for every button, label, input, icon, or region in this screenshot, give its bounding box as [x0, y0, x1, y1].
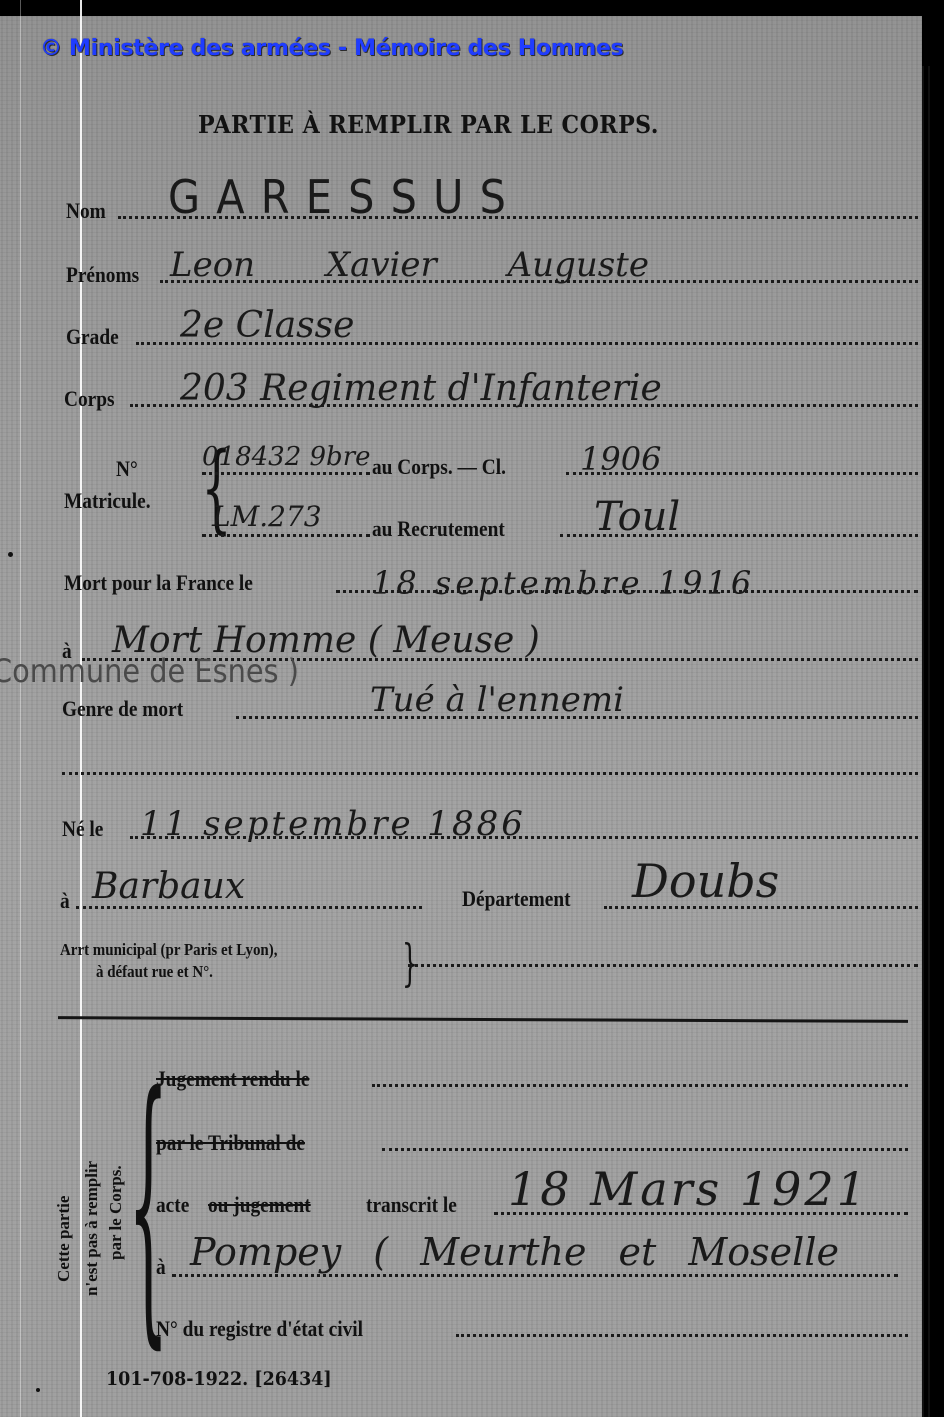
side-note-line2: n'est pas à remplir: [82, 1161, 102, 1296]
matricule-label: Matricule.: [64, 488, 151, 514]
recrutement-number-dotted-line: [202, 534, 370, 537]
transcrit-struck-label: ou jugement: [208, 1192, 311, 1218]
registre-label: N° du registre d'état civil: [156, 1316, 363, 1342]
frame-border-line: [928, 66, 930, 1417]
transcrit-lieu-label: à: [156, 1254, 166, 1280]
grade-label: Grade: [66, 324, 119, 350]
genre-mort-label: Genre de mort: [62, 696, 183, 722]
side-note-line1: Cette partie: [54, 1196, 74, 1282]
ink-speck: [36, 1388, 40, 1392]
corps-value: 203 Regiment d'Infanterie: [180, 368, 662, 409]
arr-municipal-dotted-line: [408, 964, 918, 967]
departement-label: Département: [462, 886, 571, 912]
au-recrutement-label: au Recrutement: [372, 516, 505, 542]
blank-dotted-line: [62, 772, 918, 775]
matricule-no-label: N°: [116, 456, 138, 482]
arr-municipal-label-line2: à défaut rue et N°.: [96, 962, 213, 982]
grade-value: 2e Classe: [180, 305, 354, 346]
scan-border-top: [0, 0, 944, 16]
commune-annotation: Commune de Esnes ): [0, 652, 299, 690]
nom-value: GARESSUS: [168, 170, 522, 224]
au-corps-classe-label: au Corps. — Cl.: [372, 454, 506, 480]
naissance-lieu-label: à: [60, 888, 70, 914]
matricule-corps-value: 018432 9bre: [202, 442, 371, 472]
prenoms-label: Prénoms: [66, 262, 139, 288]
transcrit-label: transcrit le: [366, 1192, 457, 1218]
tribunal-label: par le Tribunal de: [156, 1130, 305, 1156]
transcrit-prefix-label: acte: [156, 1192, 189, 1218]
recrutement-number-value: LM.273: [212, 500, 322, 533]
corps-label: Corps: [64, 386, 115, 412]
mort-date-value: 18 septembre 1916: [372, 564, 755, 602]
transcrit-lieu-value: Pompey ( Meurthe et Moselle: [190, 1230, 839, 1274]
departement-value: Doubs: [632, 854, 779, 908]
form-reference-number: 101-708-1922. [26434]: [106, 1368, 332, 1390]
jugement-rendu-dotted-line: [372, 1084, 908, 1087]
naissance-date-value: 11 septembre 1886: [140, 804, 526, 844]
prenoms-value: Leon Xavier Auguste: [170, 245, 649, 285]
nom-label: Nom: [66, 198, 106, 224]
ink-speck: [8, 552, 13, 557]
naissance-date-label: Né le: [62, 816, 103, 842]
transcrit-date-value: 18 Mars 1921: [508, 1162, 869, 1216]
copyright-watermark: © Ministère des armées - Mémoire des Hom…: [40, 36, 623, 61]
frame-border-line: [922, 66, 924, 1417]
classe-value: 1906: [580, 440, 661, 478]
scan-border-right: [922, 0, 944, 1417]
transcrit-lieu-dotted-line: [172, 1274, 898, 1277]
scan-artifact-line: [20, 0, 21, 1417]
matricule-corps-dotted-line: [202, 472, 370, 475]
mort-date-label: Mort pour la France le: [64, 570, 253, 596]
arr-municipal-brace: }: [402, 938, 418, 988]
recrutement-place-value: Toul: [594, 494, 680, 540]
form-title: PARTIE À REMPLIR PAR LE CORPS.: [198, 110, 659, 139]
side-note-line3: par le Corps.: [106, 1165, 126, 1260]
arr-municipal-label-line1: Arrt municipal (pr Paris et Lyon),: [60, 940, 277, 960]
registre-dotted-line: [456, 1334, 908, 1337]
tribunal-dotted-line: [382, 1148, 908, 1151]
naissance-lieu-value: Barbaux: [92, 866, 245, 907]
genre-mort-value: Tué à l'ennemi: [370, 680, 624, 720]
jugement-rendu-label: Jugement rendu le: [156, 1066, 309, 1092]
